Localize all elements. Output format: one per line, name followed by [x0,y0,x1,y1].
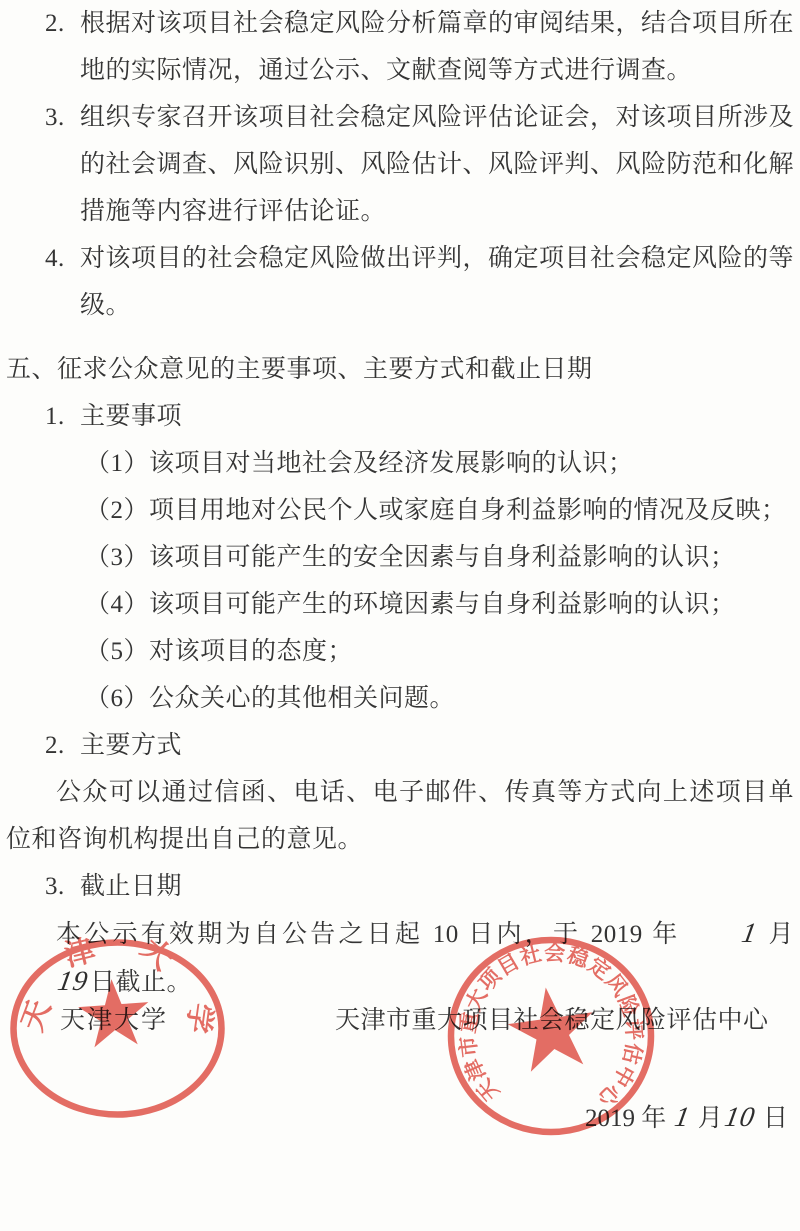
date-suffix: 日 [757,1105,788,1132]
scanned-notice-document: 2.根据对该项目社会稳定风险分析篇章的审阅结果，结合项目所在地的实际情况，通过公… [0,0,800,1231]
section-heading: 五、征求公众意见的主要事项、主要方式和截止日期 [6,346,794,393]
matter-item-2: （2）项目用地对公民个人或家庭自身利益影响的情况及反映； [6,487,794,534]
matter-item-4: （4）该项目可能产生的环境因素与自身利益影响的认识； [6,581,794,628]
list-item-text: 组织专家召开该项目社会稳定风险评估论证会，对该项目所涉及的社会调查、风险识别、风… [80,104,794,225]
handwritten-day: 10 [719,1094,761,1141]
list-number: 1. [45,393,80,440]
subsection-1-title: 1.主要事项 [6,393,794,440]
list-item-2: 2.根据对该项目社会稳定风险分析篇章的审阅结果，结合项目所在地的实际情况，通过公… [6,0,794,94]
list-item-4: 4.对该项目的社会稳定风险做出评判，确定项目社会稳定风险的等级。 [6,235,794,329]
matter-item-1: （1）该项目对当地社会及经济发展影响的认识； [6,440,794,487]
list-number: 2. [45,0,80,47]
subsection-2-title: 2.主要方式 [6,722,794,769]
subsection-title-text: 截止日期 [80,873,182,900]
list-number: 3. [45,863,80,910]
handwritten-month: 1 [668,1094,695,1141]
list-item-3: 3.组织专家召开该项目社会稳定风险评估论证会，对该项目所涉及的社会调查、风险识别… [6,94,794,235]
date-mid: 月 [692,1105,723,1132]
list-number: 4. [45,235,80,282]
list-number: 2. [45,722,80,769]
star-icon [76,977,151,1049]
subsection-title-text: 主要方式 [80,732,182,759]
tianjin-university-seal: 天津大学 [8,936,227,1122]
matter-item-3: （3）该项目可能产生的安全因素与自身利益影响的认识； [6,534,794,581]
methods-paragraph: 公众可以通过信函、电话、电子邮件、传真等方式向上述项目单位和咨询机构提出自己的意… [6,769,794,863]
subsection-3-title: 3.截止日期 [6,863,794,910]
star-icon [503,981,599,1074]
document-body: 2.根据对该项目社会稳定风险分析篇章的审阅结果，结合项目所在地的实际情况，通过公… [6,0,794,1006]
list-item-text: 根据对该项目社会稳定风险分析篇章的审阅结果，结合项目所在地的实际情况，通过公示、… [80,10,794,84]
list-number: 3. [45,94,80,141]
list-item-text: 对该项目的社会稳定风险做出评判，确定项目社会稳定风险的等级。 [80,245,794,319]
subsection-title-text: 主要事项 [80,403,182,430]
handwritten-month: 1 [686,910,763,957]
matter-item-5: （5）对该项目的态度； [6,628,794,675]
assessment-center-seal: 天津市重大项目社会稳定风险评估中心 [445,933,657,1139]
deadline-mid: 月 [759,921,794,948]
matter-item-6: （6）公众关心的其他相关问题。 [6,675,794,722]
